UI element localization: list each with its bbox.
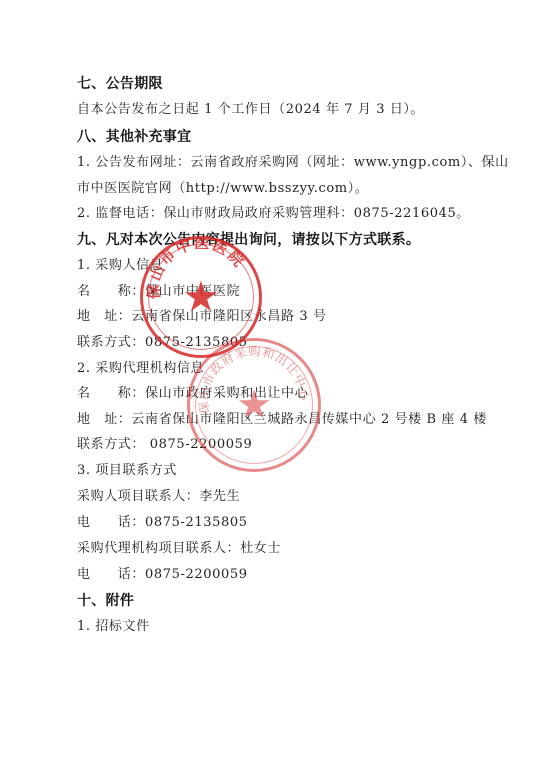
section-10-heading: 十、附件 [77,593,134,609]
purchaser-address-label: 地 址： [77,309,131,325]
purchaser-project-contact: 李先生 [199,489,240,504]
purchaser-project-phone: 0875-2135805 [145,515,248,530]
purchaser-project-phone-row: 电 话：0875-2135805 [77,515,248,531]
project-contact-title: 3. 项目联系方式 [77,463,177,479]
purchaser-name-label: 名 称： [77,284,145,300]
star-icon: ★ [236,385,272,425]
agency-project-phone-row: 电 话：0875-2200059 [77,567,248,583]
purchaser-project-contact-label: 采购人项目联系人： [77,489,199,504]
purchaser-project-contact-row: 采购人项目联系人：李先生 [77,489,240,505]
agency-address-label: 地 址： [77,412,131,428]
supervision-phone: 2. 监督电话：保山市财政局政府采购管理科：0875-2216045。 [77,206,470,222]
agency-project-phone-label: 电 话： [77,567,145,583]
agency-info-title: 2. 采购代理机构信息 [77,361,204,377]
agency-name-label: 名 称： [77,386,145,402]
agency-contact-label: 联系方式： [77,437,145,453]
purchaser-contact-label: 联系方式： [77,335,145,351]
announcement-period-text: 自本公告发布之日起 1 个工作日（2024 年 7 月 3 日）。 [77,102,424,118]
agency-project-contact: 杜女士 [240,541,281,556]
purchaser-project-phone-label: 电 话： [77,515,145,531]
agency-project-contact-row: 采购代理机构项目联系人：杜女士 [77,541,281,557]
agency-project-contact-label: 采购代理机构项目联系人： [77,541,240,556]
section-7-heading: 七、公告期限 [77,76,163,92]
publish-url-line2: 市中医医院官网（http://www.bsszyy.com）。 [77,181,368,197]
document-page: 七、公告期限 自本公告发布之日起 1 个工作日（2024 年 7 月 3 日）。… [0,0,551,779]
agency-seal: 保山市政府采购和出让中心 ★ [187,338,321,472]
publish-url-line1: 1. 公告发布网址：云南省政府采购网（网址：www.yngp.com）、保山 [77,155,509,171]
attachment-tender-document[interactable]: 1. 招标文件 [77,619,150,635]
agency-project-phone: 0875-2200059 [145,567,248,582]
star-icon: ★ [182,276,220,318]
section-8-heading: 八、其他补充事宜 [77,129,191,145]
